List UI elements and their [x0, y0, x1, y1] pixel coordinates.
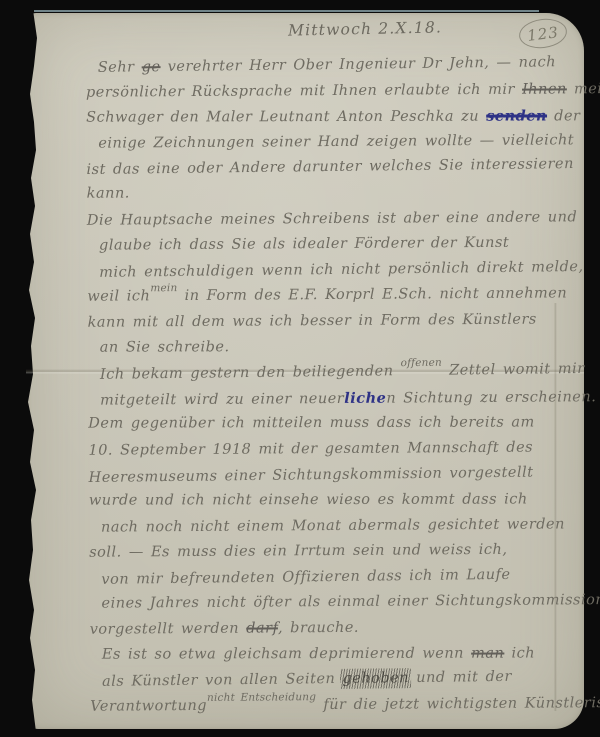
letter-page: Mittwoch 2.X.18. 123 Sehr ge verehrter H…	[26, 13, 584, 729]
text-segment: kann.	[87, 186, 130, 202]
text-segment: mich entschuldigen wenn ich nicht persön…	[99, 259, 584, 281]
text-segment: Zettel womit mir	[442, 361, 585, 379]
text-segment: eines Jahres nicht öfter als einmal eine…	[101, 593, 600, 613]
text-segment: Dem gegenüber ich mitteilen muss dass ic…	[88, 415, 535, 432]
text-segment: ich	[504, 645, 535, 661]
text-segment: weil ich	[87, 289, 150, 305]
text-segment: Verantwortung	[90, 698, 207, 715]
text-segment: einige Zeichnungen seiner Hand zeigen wo…	[98, 132, 574, 151]
text-segment: und mit der	[409, 669, 512, 686]
text-segment: Schwager den Maler Leutnant Anton Peschk…	[86, 109, 486, 126]
text-segment: mitgeteilt wird zu einer neuer	[100, 391, 344, 409]
text-segment: als Künstler von allen Seiten	[102, 671, 343, 690]
handwritten-line: eines Jahres nicht öfter als einmal eine…	[89, 589, 581, 618]
text-segment: gehoben	[342, 670, 409, 687]
text-segment: kann mit all dem was ich besser in Form …	[87, 312, 536, 331]
handwritten-line: an Sie schreibe.	[88, 334, 580, 361]
text-segment: nach noch nicht einem Monat abermals ges…	[101, 516, 565, 535]
text-segment: liche	[344, 389, 386, 406]
text-segment: Ich bekam gestern den beiliegenden	[100, 363, 401, 383]
text-segment: persönlicher Rücksprache mit Ihnen erlau…	[86, 81, 522, 100]
text-segment: mein	[150, 283, 177, 293]
text-segment: wurde und ich nicht einsehe wieso es kom…	[89, 492, 528, 509]
text-segment: darf	[246, 620, 278, 636]
text-segment: nicht Entscheidung	[207, 692, 316, 703]
text-segment: vorgestellt werden	[90, 621, 247, 638]
handwritten-line: mitgeteilt wird zu einer neuerlichen Sic…	[88, 384, 580, 413]
handwritten-line: wurde und ich nicht einsehe wieso es kom…	[89, 487, 581, 514]
text-segment: verehrter Herr Ober Ingenieur Dr Jehn, —…	[160, 54, 556, 75]
scanner-edge-line	[34, 10, 539, 12]
handwritten-line: Schwager den Maler Leutnant Anton Peschk…	[86, 104, 578, 131]
handwritten-line: kann.	[87, 180, 579, 207]
text-segment: von mir befreundeten Offizieren dass ich…	[101, 567, 510, 588]
scan-background: Mittwoch 2.X.18. 123 Sehr ge verehrter H…	[0, 0, 600, 737]
handwritten-line: Die Hauptsache meines Schreibens ist abe…	[87, 205, 579, 234]
letter-date: Mittwoch 2.X.18.	[288, 18, 442, 39]
text-segment: 10. September 1918 mit der gesamten Mann…	[88, 440, 533, 459]
text-segment: offenen	[400, 358, 442, 369]
text-segment: Ihnen	[522, 81, 567, 97]
handwritten-line: nach noch nicht einem Monat abermals ges…	[89, 512, 581, 541]
handwritten-line: ist das eine oder Andere darunter welche…	[86, 152, 578, 184]
text-segment: der	[547, 109, 580, 125]
handwritten-line: Dem gegenüber ich mitteilen muss dass ic…	[88, 411, 580, 438]
text-segment: an Sie schreibe.	[100, 339, 230, 355]
handwritten-line: persönlicher Rücksprache mit Ihnen erlau…	[86, 77, 578, 106]
letter-body: Sehr ge verehrter Herr Ober Ingenieur Dr…	[86, 51, 583, 720]
text-segment: Sehr	[98, 59, 142, 76]
handwritten-line: Verantwortungnicht Entscheidung für die …	[90, 691, 582, 720]
page-number-badge: 123	[517, 16, 568, 51]
handwritten-line: vorgestellt werden darf, brauche.	[90, 614, 582, 643]
handwritten-line: 10. September 1918 mit der gesamten Mann…	[88, 435, 580, 464]
text-segment: meinen	[567, 81, 600, 97]
text-segment: n Sichtung zu erscheinen.	[386, 389, 596, 406]
text-segment: Die Hauptsache meines Schreibens ist abe…	[87, 209, 578, 228]
text-segment: für die jetzt wichtigsten Künstlerischen	[316, 695, 600, 713]
page-number: 123	[526, 23, 560, 45]
text-segment: man	[471, 645, 504, 661]
handwritten-line: Es ist so etwa gleichsam deprimierend we…	[90, 641, 582, 668]
handwritten-line: kann mit all dem was ich besser in Form …	[87, 307, 579, 336]
text-segment: senden	[486, 108, 547, 125]
handwritten-line: weil ichmein in Form des E.F. Korprl E.S…	[87, 282, 579, 311]
text-segment: ist das eine oder Andere darunter welche…	[86, 156, 574, 178]
text-segment: soll. — Es muss dies ein Irrtum sein und…	[89, 542, 507, 561]
text-segment: in Form des E.F. Korprl E.Sch. nicht ann…	[177, 286, 567, 305]
text-segment: , brauche.	[278, 620, 359, 637]
text-segment: ge	[142, 59, 161, 75]
handwritten-line: Heeresmuseums einer Sichtungskommission …	[88, 459, 580, 491]
text-segment: Heeresmuseums einer Sichtungskommission …	[89, 464, 534, 485]
text-segment: Es ist so etwa gleichsam deprimierend we…	[102, 645, 471, 662]
text-segment: glaube ich dass Sie als idealer Förderer…	[99, 235, 509, 254]
